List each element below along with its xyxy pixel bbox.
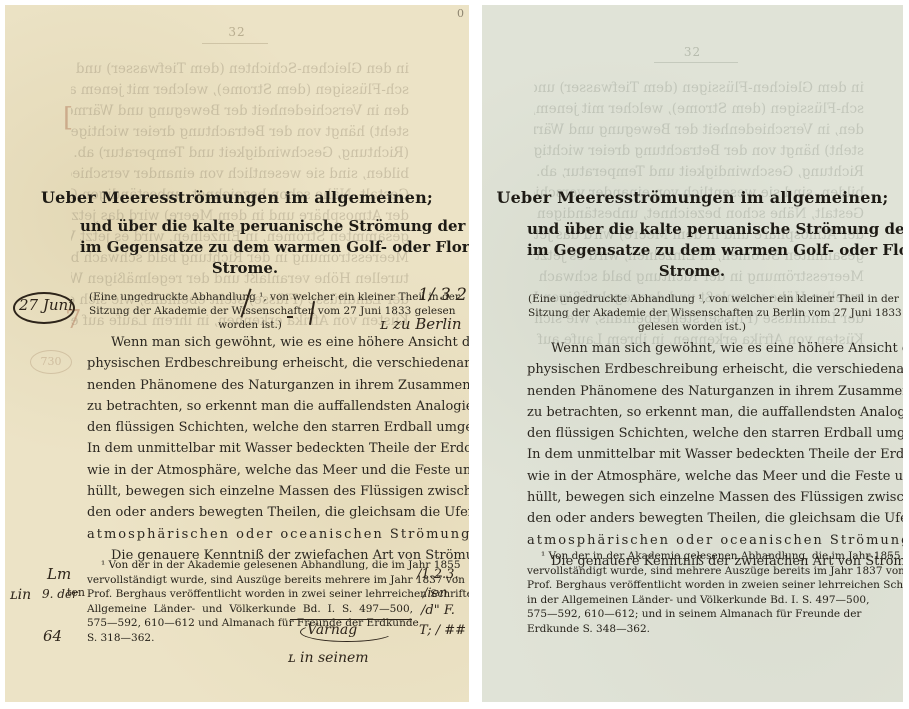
editorial-note: (Eine ungedruckte Abhandlung ¹, von welc… (89, 290, 411, 332)
page-number: 32 (5, 25, 469, 39)
corner-mark: 0 (457, 7, 464, 20)
handwritten-margin-note: T; / ## (419, 623, 466, 638)
article-title: Ueber Meeresströmungen im allgemeinen; (5, 188, 469, 207)
handwritten-margin-number: 1/ 3 2 (418, 285, 467, 305)
page-number: 32 (482, 45, 903, 59)
handwritten-insert: ʟ in seinem (288, 650, 369, 666)
handwritten-margin-note: /ien (423, 586, 448, 601)
handwritten-margin-note: ʟin (10, 587, 31, 603)
left-page-annotated-proof: 0 32 in den Gleichen-Schichten (dem Tief… (5, 5, 469, 702)
handwritten-margin-note: Lm (47, 565, 71, 583)
footnote: ¹ Von der in der Akademie gelesenen Abha… (527, 549, 857, 637)
insertion-mark (287, 316, 293, 318)
signature-swoosh (300, 622, 394, 642)
page-number-rule (654, 62, 738, 63)
right-page-printed-version: 32 in dem Gleichen-Flüssigen (dem Tiefwa… (482, 5, 903, 702)
editorial-note: (Eine ungedruckte Abhandlung ¹, von welc… (528, 292, 856, 334)
article-subtitle: und über die kalte peruanische Strömung … (527, 219, 857, 282)
handwritten-margin-note: ten (67, 586, 85, 599)
handwritten-margin-note: /d" F. (421, 603, 455, 618)
article-subtitle: und über die kalte peruanische Strömung … (80, 216, 410, 279)
page-number-rule (202, 43, 268, 44)
body-text: Wenn man sich gewöhnt, wie es eine höher… (527, 338, 857, 572)
handwritten-insert-berlin: ʟ zu Berlin (380, 315, 462, 333)
handwritten-margin-note: 64 (43, 627, 62, 645)
handwritten-margin-note: /1.2.3. (417, 567, 459, 582)
article-title: Ueber Meeresströmungen im allgemeinen; (482, 188, 903, 207)
underline-mark (290, 619, 412, 620)
faint-bracket-mark: [ (63, 103, 73, 133)
handwritten-date: 27 Juni (19, 296, 73, 314)
faint-stamp-oval: 730 (30, 350, 72, 374)
body-text: Wenn man sich gewöhnt, wie es eine höher… (87, 332, 413, 566)
